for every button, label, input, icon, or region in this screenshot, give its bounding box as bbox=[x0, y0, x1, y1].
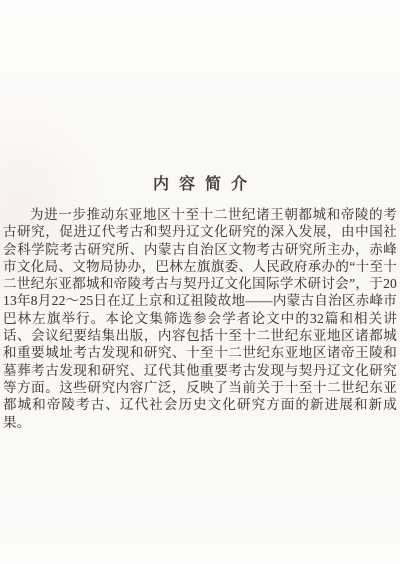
section-title: 内容简介 bbox=[3, 176, 397, 194]
abstract-section: 内容简介 为进一步推动东亚地区十至十二世纪诸王朝都城和帝陵的考古研究，促进辽代考… bbox=[3, 176, 397, 444]
book-page: 内容简介 为进一步推动东亚地区十至十二世纪诸王朝都城和帝陵的考古研究，促进辽代考… bbox=[0, 0, 400, 564]
abstract-paragraph: 为进一步推动东亚地区十至十二世纪诸王朝都城和帝陵的考古研究，促进辽代考古和契丹辽… bbox=[3, 206, 397, 431]
